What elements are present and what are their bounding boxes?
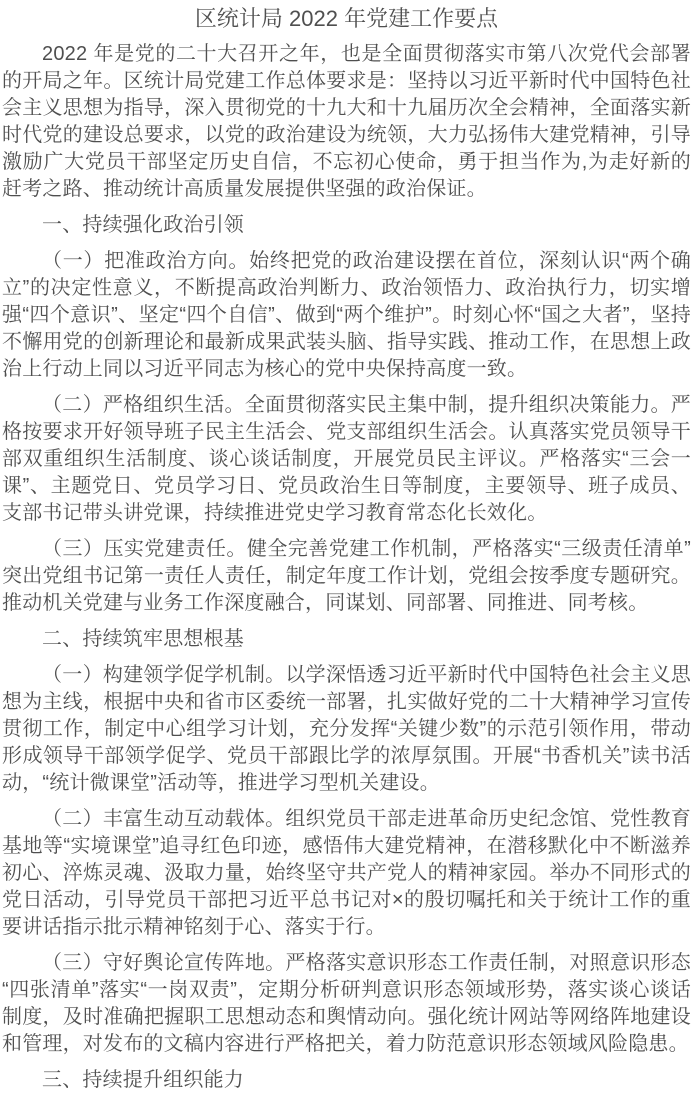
document-title: 区统计局 2022 年党建工作要点: [2, 5, 691, 32]
section-1-paragraph-3: （三）压实党建责任。健全完善党建工作机制，严格落实“三级责任清单”突出党组书记第…: [2, 536, 691, 617]
intro-paragraph: 2022 年是党的二十大召开之年，也是全面贯彻落实市第八次党代会部署的开局之年。…: [2, 41, 691, 203]
section-1-paragraph-1: （一）把准政治方向。始终把党的政治建设摆在首位，深刻认识“两个确立”的决定性意义…: [2, 248, 691, 383]
document-page: 区统计局 2022 年党建工作要点 2022 年是党的二十大召开之年，也是全面贯…: [0, 0, 693, 1094]
section-2-paragraph-2: （二）丰富生动互动载体。组织党员干部走进革命历史纪念馆、党性教育基地等“实境课堂…: [2, 806, 691, 941]
section-2-heading: 二、持续筑牢思想根基: [2, 626, 691, 653]
section-2-paragraph-1: （一）构建领学促学机制。以学深悟透习近平新时代中国特色社会主义思想为主线，根据中…: [2, 662, 691, 797]
section-2-paragraph-3: （三）守好舆论宣传阵地。严格落实意识形态工作责任制，对照意识形态“四张清单”落实…: [2, 950, 691, 1058]
section-1-paragraph-2: （二）严格组织生活。全面贯彻落实民主集中制，提升组织决策能力。严格按要求开好领导…: [2, 392, 691, 527]
section-3-heading: 三、持续提升组织能力: [2, 1067, 691, 1094]
section-1-heading: 一、持续强化政治引领: [2, 212, 691, 239]
